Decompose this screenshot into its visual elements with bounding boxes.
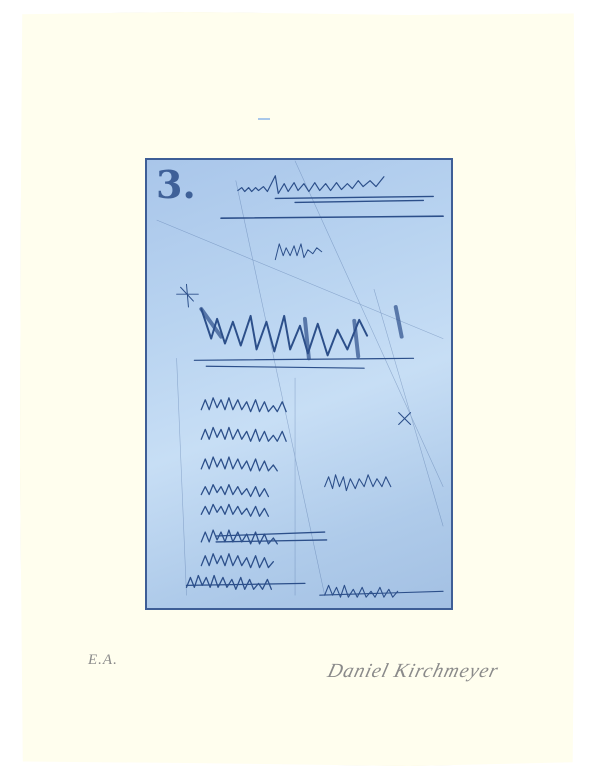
scribble-drawing bbox=[147, 160, 451, 608]
etching-plate: 3. bbox=[145, 158, 453, 610]
edition-note: E.A. bbox=[88, 652, 118, 669]
artist-signature: Daniel Kirchmeyer bbox=[325, 660, 501, 683]
plate-number: 3. bbox=[156, 162, 196, 207]
pencil-mark bbox=[258, 118, 270, 120]
